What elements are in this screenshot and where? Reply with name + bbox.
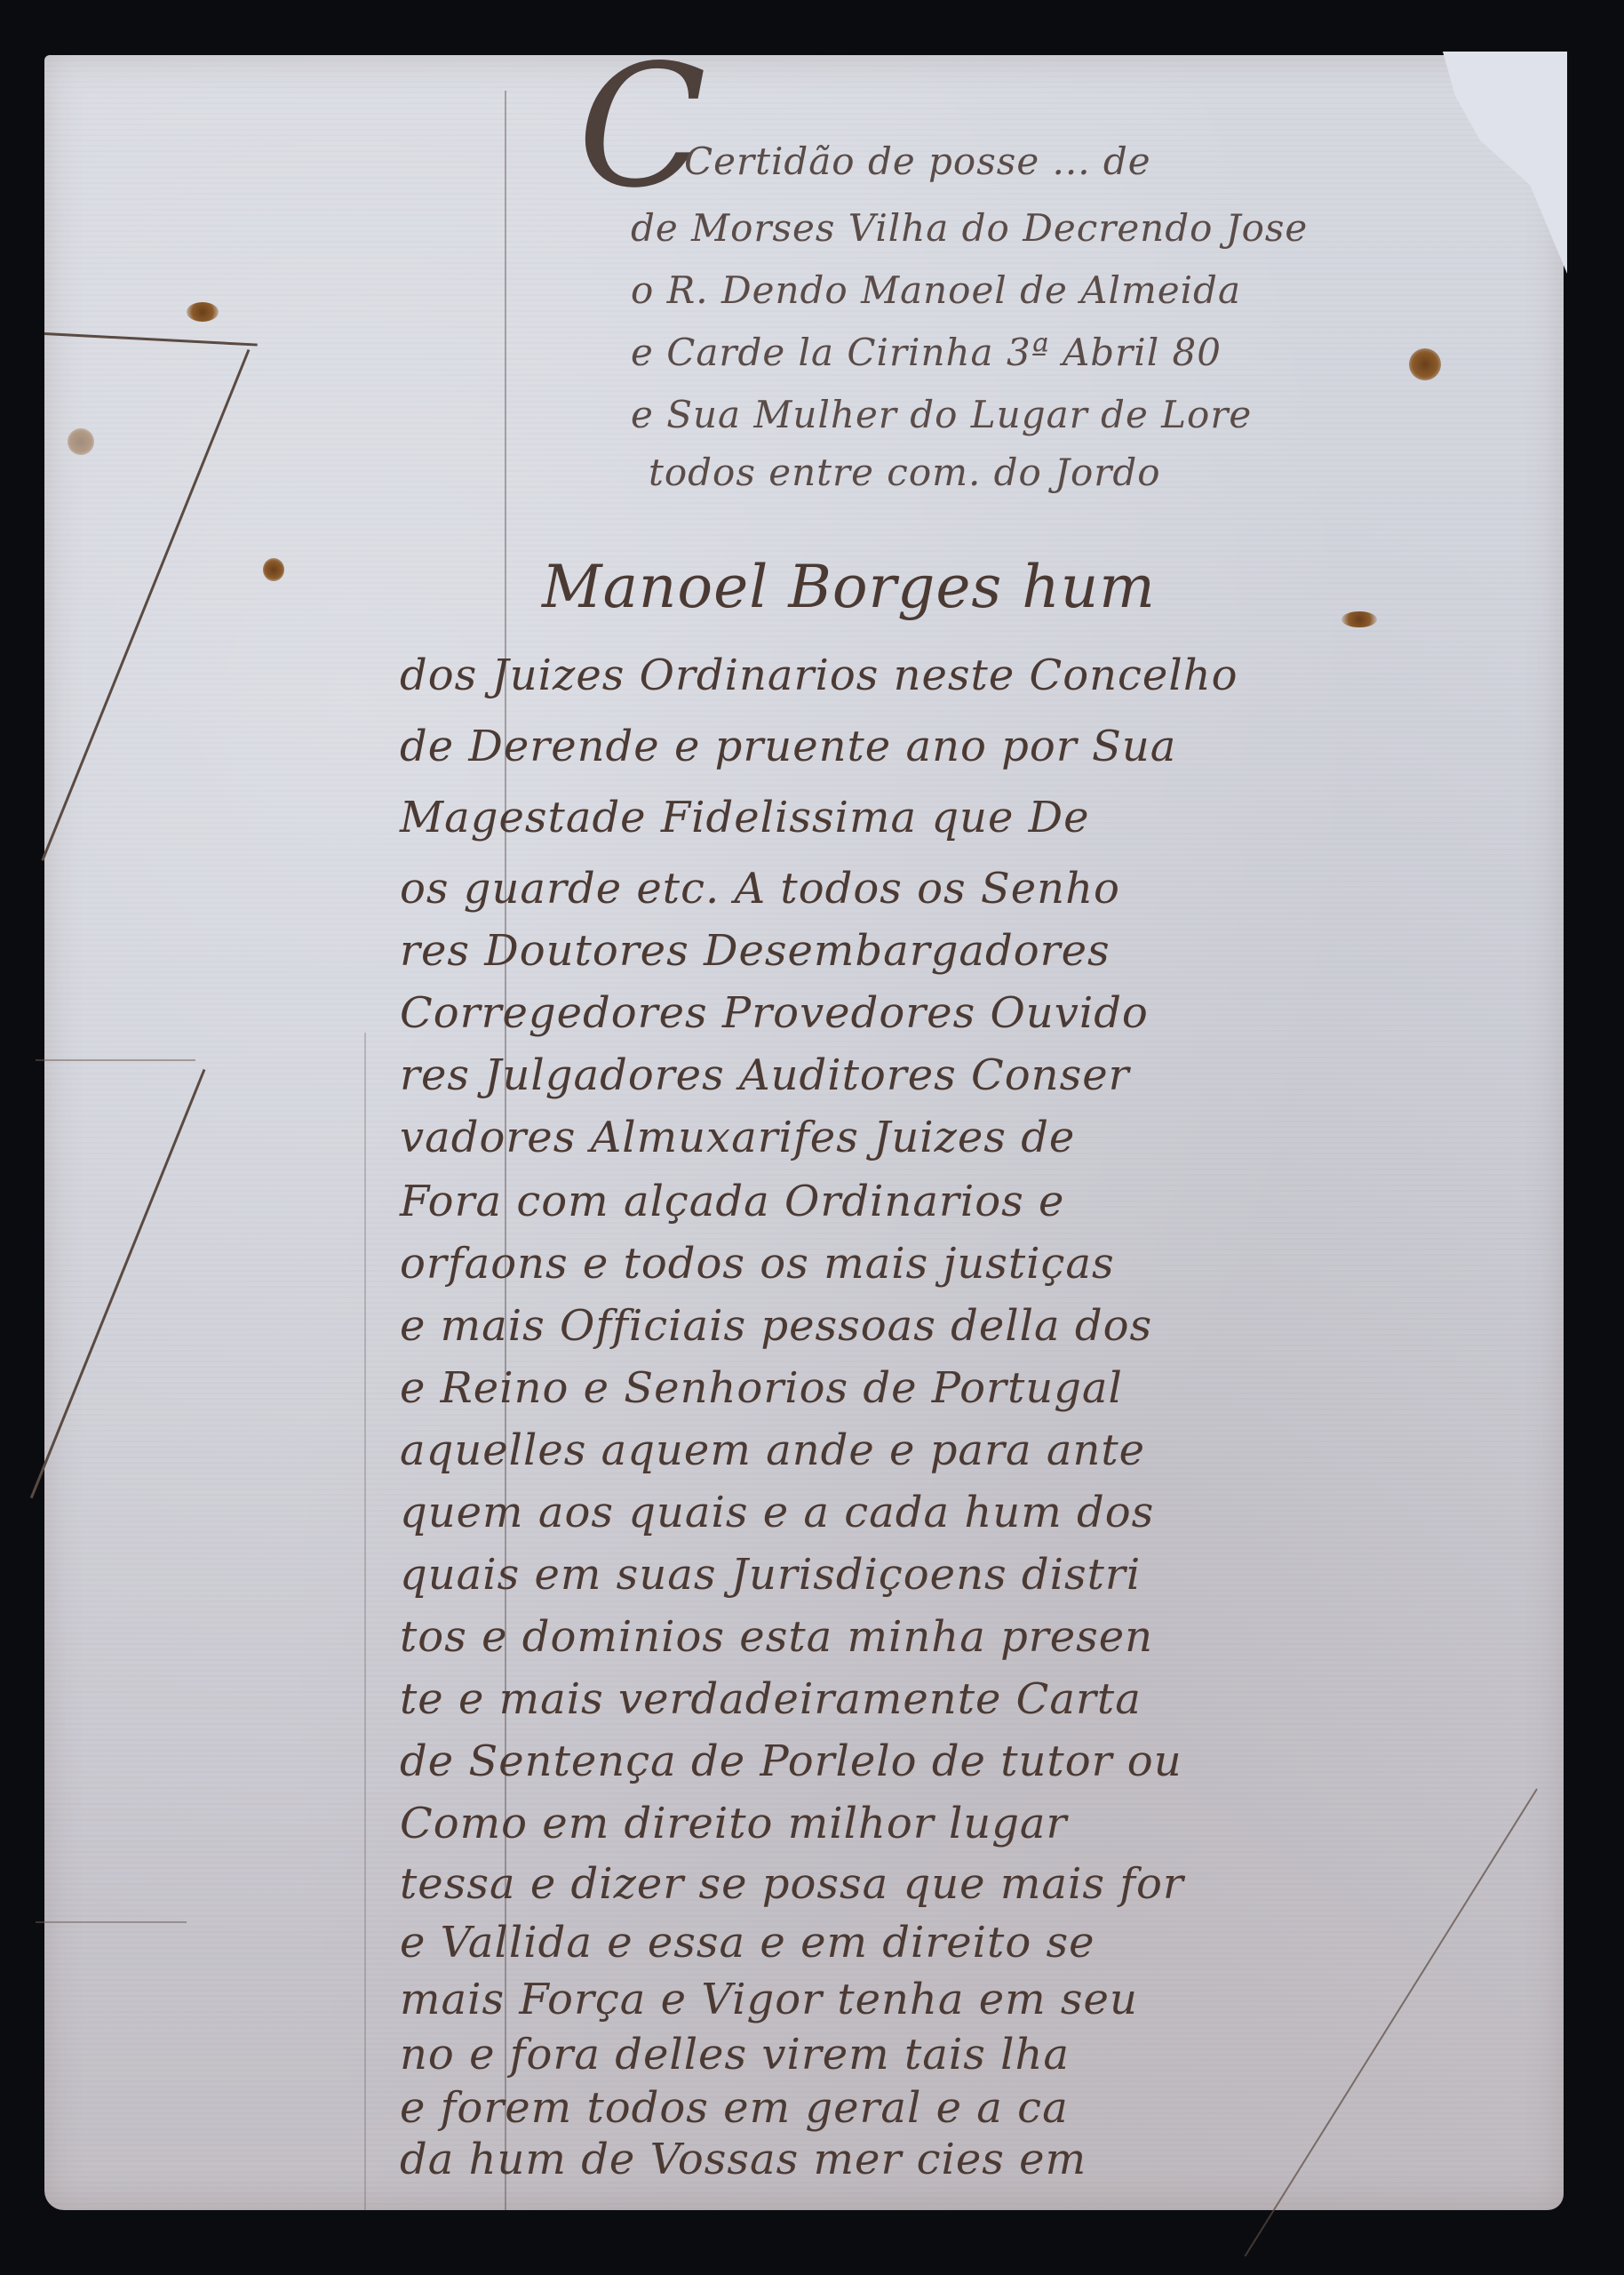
body-line: Fora com alçada Ordinarios e [400,1177,1064,1226]
body-line: e forem todos em geral e a ca [400,2083,1069,2133]
body-line: Corregedores Provedores Ouvido [400,988,1149,1038]
body-line: aquelles aquem ande e para ante [400,1425,1145,1475]
body-line: vadores Almuxarifes Juizes de [400,1113,1075,1162]
body-line: te e mais verdadeiramente Carta [400,1674,1142,1724]
body-line: de Sentença de Porlelo de tutor ou [400,1736,1182,1786]
body-line: os guarde etc. A todos os Senho [400,864,1120,914]
body-line: orfaons e todos os mais justiças [400,1239,1115,1289]
body-line: e Reino e Senhorios de Portugal [400,1363,1123,1413]
body-line: e mais Officiais pessoas della dos [400,1301,1152,1351]
body-line: Como em direito milhor lugar [400,1799,1068,1848]
body-line: quais em suas Jurisdiçoens distri [400,1550,1141,1600]
body-line: da hum de Vossas mer cies em [400,2135,1087,2184]
manuscript-page: C Certidão de posse ... de de Morses Vil… [44,55,1564,2210]
body-line: no e fora delles virem tais lha [400,2030,1070,2079]
body-block: Manoel Borges hum dos Juizes Ordinarios … [44,55,1564,2210]
body-line: res Doutores Desembargadores [400,926,1111,976]
body-line: Manoel Borges hum [542,553,1156,621]
body-line: de Derende e pruente ano por Sua [400,722,1176,771]
body-line: e Vallida e essa e em direito se [400,1918,1095,1968]
body-line: tessa e dizer se possa que mais for [400,1859,1184,1909]
body-line: Magestade Fidelissima que De [400,793,1090,842]
body-line: quem aos quais e a cada hum dos [400,1488,1154,1537]
body-line: mais Força e Vigor tenha em seu [400,1975,1138,2024]
body-line: dos Juizes Ordinarios neste Concelho [400,651,1238,700]
body-line: res Julgadores Auditores Conser [400,1050,1130,1100]
body-line: tos e dominios esta minha presen [400,1612,1153,1662]
